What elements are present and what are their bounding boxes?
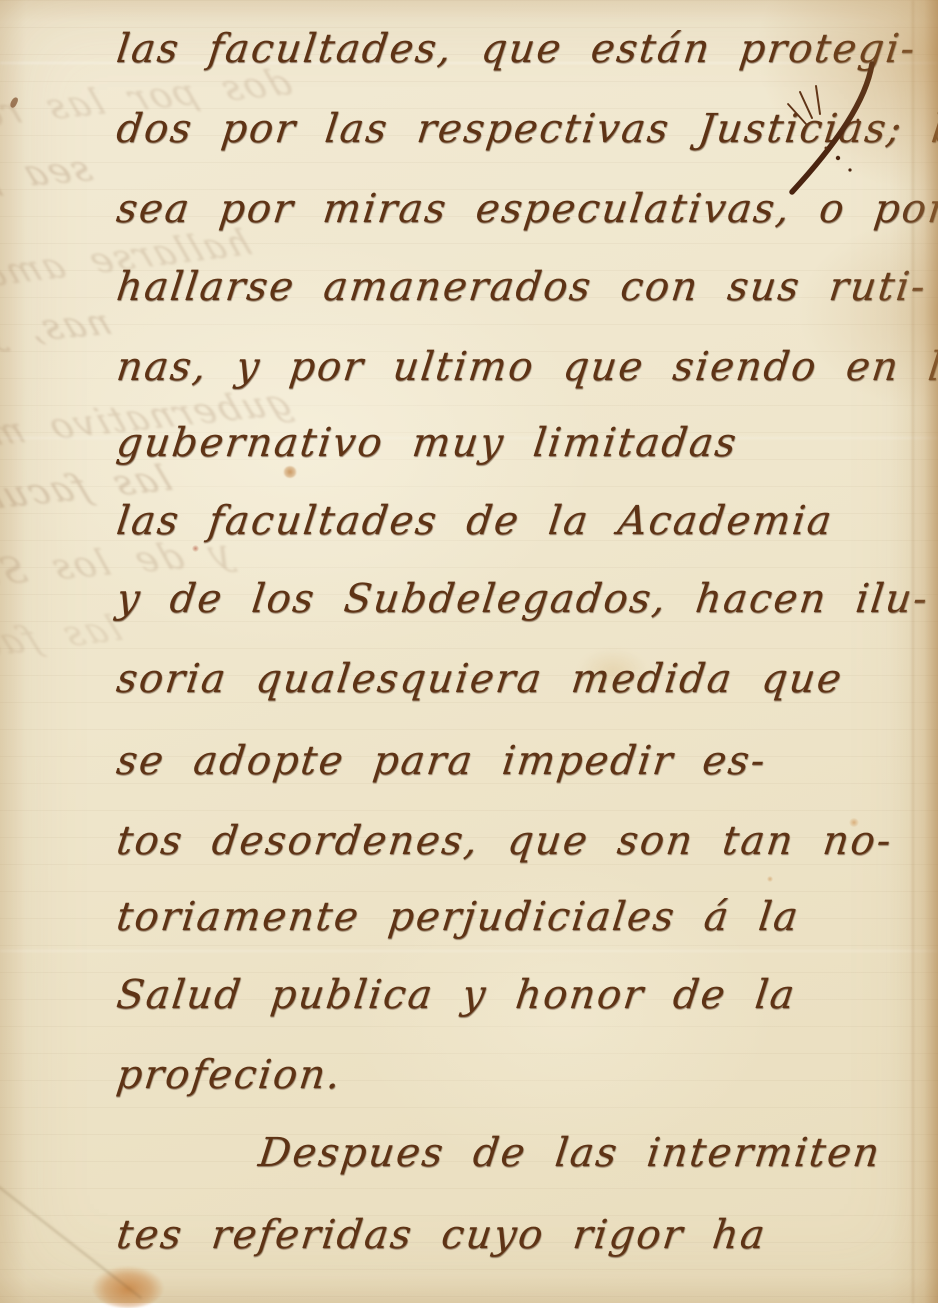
manuscript-line-11: tos desordenes, que son tan no- bbox=[114, 818, 895, 864]
manuscript-line-4: hallarse amanerados con sus ruti- bbox=[114, 264, 929, 310]
manuscript-line-8: y de los Subdelegados, hacen ilu- bbox=[114, 576, 932, 622]
paper-stain bbox=[767, 876, 773, 882]
manuscript-line-1: las facultades, que están protegi- bbox=[114, 26, 919, 72]
manuscript-line-9: soria qualesquiera medida que bbox=[114, 656, 846, 702]
manuscript-line-10: se adopte para impedir es- bbox=[114, 738, 769, 784]
bleedthrough-text: nas, y por ultimo que siendo en lo bbox=[0, 303, 117, 410]
manuscript-line-15: Despues de las intermiten bbox=[256, 1130, 884, 1176]
paper-crease bbox=[0, 950, 938, 952]
manuscript-line-13: Salud publica y honor de la bbox=[114, 972, 799, 1018]
paper-stain bbox=[92, 1266, 164, 1303]
manuscript-page: dos por las respectivas Justicias; bien … bbox=[0, 0, 938, 1303]
paper-stain bbox=[283, 466, 297, 478]
manuscript-line-14: profecion. bbox=[114, 1052, 345, 1098]
manuscript-line-12: toriamente perjudiciales á la bbox=[114, 894, 802, 940]
manuscript-line-6: gubernativo muy limitadas bbox=[114, 420, 741, 466]
manuscript-line-5: nas, y por ultimo que siendo en lo bbox=[114, 344, 938, 390]
manuscript-line-3: sea por miras especulativas, o por bbox=[114, 186, 938, 232]
manuscript-line-2: dos por las respectivas Justicias; bien bbox=[114, 106, 938, 152]
manuscript-line-16: tes referidas cuyo rigor ha bbox=[114, 1212, 769, 1258]
manuscript-line-7: las facultades de la Academia bbox=[114, 498, 836, 544]
bleedthrough-text: las facultades, que están protegi- bbox=[0, 609, 128, 737]
bleedthrough-text: sea por miras especulativas, o por bbox=[0, 149, 98, 254]
